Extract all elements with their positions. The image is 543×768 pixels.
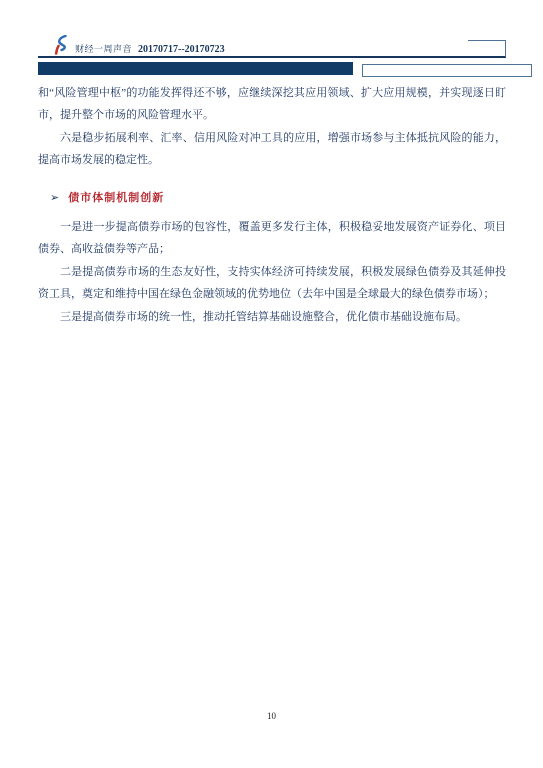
paragraph-point-six: 六是稳步拓展利率、汇率、信用风险对冲工具的应用，增强市场参与主体抵抗风险的能力，…	[38, 127, 506, 172]
section-heading: ➢ 债市体制机制创新	[38, 187, 506, 209]
s-swoosh-logo-icon	[52, 35, 69, 55]
document-body: 和“风险管理中枢”的功能发挥得还不够，应继续深挖其应用领域、扩大应用规模，并实现…	[38, 82, 506, 328]
paragraph-point-one: 一是进一步提高债券市场的包容性，覆盖更多发行主体，积极稳妥地发展资产证券化、项目…	[38, 216, 506, 261]
page-number: 10	[267, 711, 276, 721]
page-header: 财经一周声音 20170717--20170723	[38, 36, 506, 58]
report-date-range: 20170717--20170723	[138, 44, 225, 55]
paragraph-point-two: 二是提高债券市场的生态友好性，支持实体经济可持续发展，积极发展绿色债券及其延伸投…	[38, 261, 506, 306]
arrow-bullet-icon: ➢	[50, 187, 59, 209]
paragraph-continuation: 和“风险管理中枢”的功能发挥得还不够，应继续深挖其应用领域、扩大应用规模，并实现…	[38, 82, 506, 127]
document-page: { "header": { "logo": "s-swoosh-logo", "…	[0, 0, 543, 768]
page-content: 财经一周声音 20170717--20170723 和“风险管理中枢”的功能发挥…	[38, 36, 506, 328]
header-step-decoration	[468, 40, 506, 57]
paragraph-point-three: 三是提高债券市场的统一性，推动托管结算基础设施整合，优化债市基础设施布局。	[38, 306, 506, 328]
section-title: 债市体制机制创新	[68, 187, 164, 209]
page-footer: 10	[0, 706, 543, 724]
navy-bar-decoration	[38, 62, 353, 75]
outline-bar-decoration	[362, 64, 532, 77]
report-title: 财经一周声音	[75, 44, 132, 55]
header-bar-row	[38, 58, 506, 80]
brand: 财经一周声音 20170717--20170723	[52, 35, 225, 55]
